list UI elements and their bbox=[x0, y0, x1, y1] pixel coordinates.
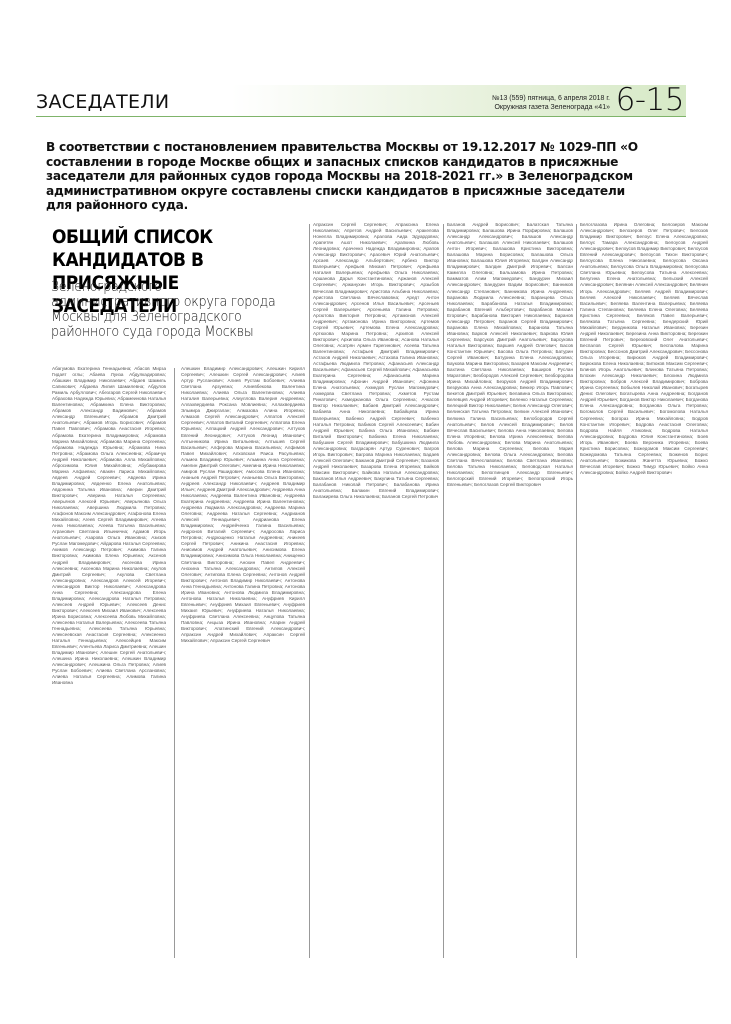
names-column-2: Алешкин Владимир Александрович; Алешкин … bbox=[181, 366, 305, 960]
names-column-4: Баланов Андрей Борисович; Балатская Тать… bbox=[447, 222, 573, 960]
names-column-1: Абагумова Екатерина Геннадьевна; Абасов … bbox=[52, 366, 166, 960]
section-title: ЗАСЕДАТЕЛИ bbox=[36, 91, 169, 113]
names-column-5: Белоглазова Ирина Олеговна; Белозеров Ма… bbox=[580, 222, 708, 960]
page-range: 6-15 bbox=[616, 82, 684, 118]
intro-paragraph: В соответствии с постановлением правител… bbox=[46, 140, 646, 213]
article-subheadline: Зеленоградского административного округа… bbox=[51, 280, 285, 340]
column-divider bbox=[174, 368, 175, 958]
newspaper-line: Окружная газета Зеленограда «41» bbox=[492, 103, 610, 112]
page-header: ЗАСЕДАТЕЛИ №13 (559) пятница, 6 апреля 2… bbox=[36, 85, 686, 117]
names-column-3: Апраксин Сергей Сергеевич; Апраксина Еле… bbox=[313, 222, 439, 960]
issue-line: №13 (559) пятница, 6 апреля 2018 г. bbox=[492, 94, 610, 103]
column-divider bbox=[309, 224, 310, 958]
column-divider bbox=[576, 224, 577, 958]
issue-info: №13 (559) пятница, 6 апреля 2018 г. Окру… bbox=[492, 94, 610, 112]
column-divider bbox=[443, 224, 444, 958]
